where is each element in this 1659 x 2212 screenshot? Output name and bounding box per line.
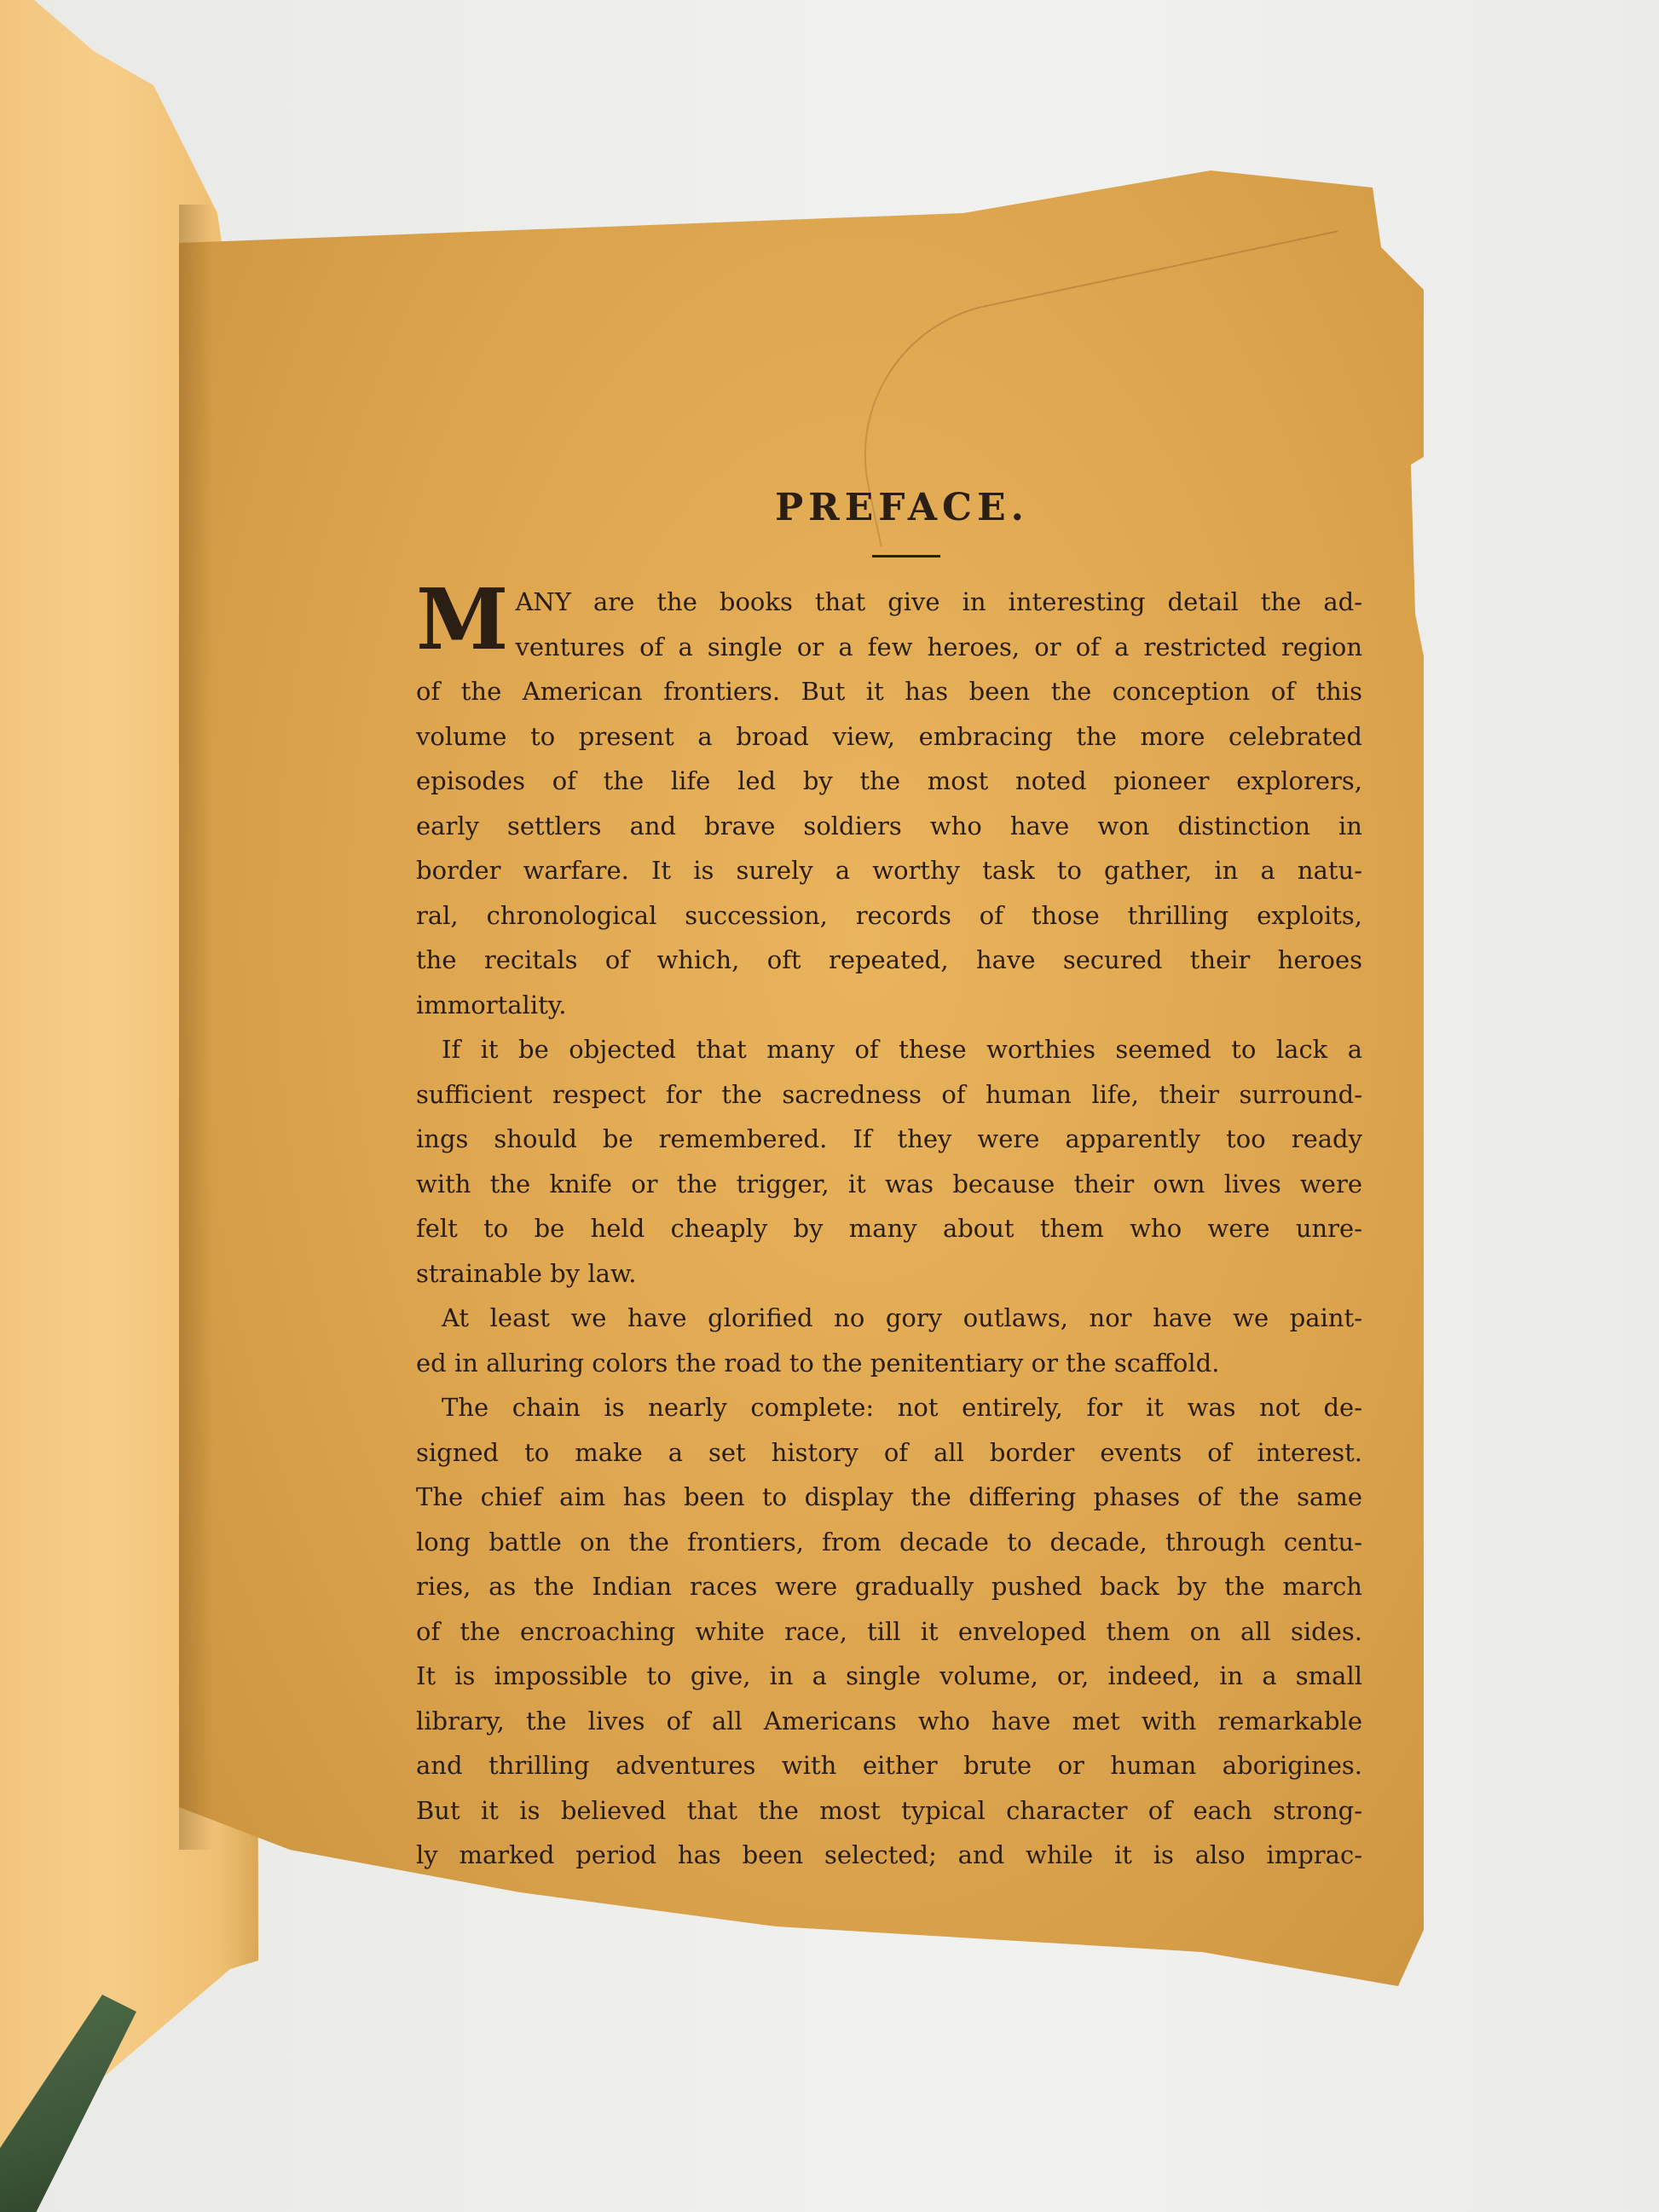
text-line: library, the lives of all Americans who … <box>416 1699 1362 1744</box>
paragraph-3: At least we have glorified no gory outla… <box>416 1296 1362 1385</box>
text-line: early settlers and brave soldiers who ha… <box>416 804 1362 849</box>
text-line: ANY are the books that give in interesti… <box>416 580 1362 625</box>
text-line: ed in alluring colors the road to the pe… <box>416 1341 1362 1386</box>
text-line: the recitals of which, oft repeated, hav… <box>416 938 1362 983</box>
text-line: strainable by law. <box>416 1251 1362 1297</box>
text-line: sufficient respect for the sacredness of… <box>416 1072 1362 1118</box>
text-line: of the American frontiers. But it has be… <box>416 669 1362 714</box>
page-title: PREFACE. <box>416 486 1362 529</box>
preface-text: PREFACE. M ANY are the books that give i… <box>416 486 1362 1878</box>
text-line: immortality. <box>416 983 1362 1028</box>
text-line: It is impossible to give, in a single vo… <box>416 1654 1362 1699</box>
text-line: of the encroaching white race, till it e… <box>416 1609 1362 1655</box>
text-line: signed to make a set history of all bord… <box>416 1430 1362 1476</box>
photo-scene: PREFACE. M ANY are the books that give i… <box>0 0 1659 2212</box>
gutter-shadow <box>179 205 213 1850</box>
text-line: felt to be held cheaply by many about th… <box>416 1206 1362 1251</box>
title-divider <box>872 555 940 557</box>
drop-cap: M <box>416 585 508 656</box>
text-line: and thrilling adventures with either bru… <box>416 1743 1362 1788</box>
paragraph-4: The chain is nearly complete: not entire… <box>416 1385 1362 1878</box>
paragraph-1: M ANY are the books that give in interes… <box>416 580 1362 1027</box>
text-line: If it be objected that many of these wor… <box>416 1027 1362 1072</box>
text-line: But it is believed that the most typical… <box>416 1788 1362 1834</box>
text-line: ventures of a single or a few heroes, or… <box>416 625 1362 670</box>
text-line: episodes of the life led by the most not… <box>416 759 1362 804</box>
paragraph-2: If it be objected that many of these wor… <box>416 1027 1362 1296</box>
text-line: with the knife or the trigger, it was be… <box>416 1162 1362 1207</box>
text-line: long battle on the frontiers, from decad… <box>416 1520 1362 1565</box>
text-line: volume to present a broad view, embracin… <box>416 714 1362 759</box>
text-line: The chain is nearly complete: not entire… <box>416 1385 1362 1430</box>
stain-spot <box>136 53 148 68</box>
text-line: ries, as the Indian races were gradually… <box>416 1564 1362 1609</box>
text-line: ly marked period has been selected; and … <box>416 1833 1362 1878</box>
text-line: ral, chronological succession, records o… <box>416 893 1362 939</box>
text-line: ings should be remembered. If they were … <box>416 1117 1362 1162</box>
text-line: At least we have glorified no gory outla… <box>416 1296 1362 1341</box>
text-line: The chief aim has been to display the di… <box>416 1475 1362 1520</box>
text-line: border warfare. It is surely a worthy ta… <box>416 848 1362 893</box>
